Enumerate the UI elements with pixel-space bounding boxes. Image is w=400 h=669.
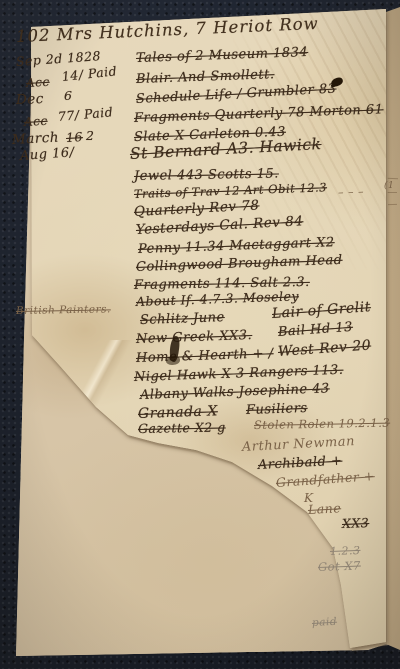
ledger-photo: 102 Mrs Hutchins, 7 Heriot Row Sep 2d 18… xyxy=(0,0,400,669)
manuscript-line: Dec xyxy=(16,93,44,107)
manuscript-line: 16 xyxy=(66,131,84,144)
manuscript-line: British Painters. xyxy=(16,304,111,316)
manuscript-line: Fusiliers xyxy=(246,402,308,417)
manuscript-line: Granada X xyxy=(138,404,218,421)
manuscript-line: Blair. And Smollett. xyxy=(136,68,275,86)
manuscript-line: Nigel Hawk X 3 Rangers 113. xyxy=(134,364,344,384)
manuscript-line: Aug 16/ xyxy=(20,146,75,163)
manuscript-line: 6 xyxy=(64,90,72,103)
manuscript-line: Schedule Life / Grumbler 83 xyxy=(136,83,337,106)
manuscript-line: Got X7 xyxy=(318,561,361,574)
handwriting-layer: 102 Mrs Hutchins, 7 Heriot Row Sep 2d 18… xyxy=(0,0,400,669)
manuscript-line: Stolen Rolen 19.2.1.3 xyxy=(254,418,390,432)
manuscript-line: Jewel 443 Scotts 15. xyxy=(134,167,279,183)
manuscript-line: Home & Hearth + / xyxy=(136,347,274,365)
manuscript-line: 1.2.3 xyxy=(330,545,361,557)
manuscript-line: West Rev 20 xyxy=(278,339,372,359)
manuscript-line: Acc xyxy=(26,76,50,89)
manuscript-line: March xyxy=(12,132,60,148)
manuscript-line: 14/ Paid xyxy=(61,65,117,83)
manuscript-line: – – – xyxy=(338,186,364,198)
manuscript-line: Schlitz June xyxy=(140,311,225,327)
manuscript-line: Grandfather + xyxy=(276,470,376,489)
manuscript-line: Penny 11.34 Mactaggart X2 xyxy=(138,236,335,256)
manuscript-line: Bail Hd 13 xyxy=(278,321,354,339)
manuscript-line: paid xyxy=(312,617,338,629)
manuscript-line: Albany Walks Josephine 43 xyxy=(140,382,330,402)
manuscript-line: Acc xyxy=(24,115,48,128)
manuscript-line: Gazette X2 g xyxy=(138,421,226,435)
manuscript-line: Tales of 2 Museum 1834 xyxy=(136,46,309,65)
manuscript-line: New Greek XX3. xyxy=(136,329,253,346)
manuscript-line: (1 xyxy=(384,182,394,191)
manuscript-line: Fragments Quarterly 78 Morton 61 xyxy=(134,103,384,125)
manuscript-line: XX3 xyxy=(342,517,370,530)
manuscript-line: Archibald + xyxy=(258,455,343,472)
manuscript-line: Collingwood Brougham Head xyxy=(136,254,343,274)
manuscript-line: 77/ Paid xyxy=(57,106,113,123)
manuscript-line: Arthur Newman xyxy=(242,435,356,454)
page-header-line: 102 Mrs Hutchins, 7 Heriot Row xyxy=(16,14,320,46)
manuscript-line: Traits of Trav 12 Art Obit 12.3 xyxy=(134,182,327,200)
manuscript-line: 2 xyxy=(86,130,94,143)
manuscript-line: Lane xyxy=(308,502,342,516)
